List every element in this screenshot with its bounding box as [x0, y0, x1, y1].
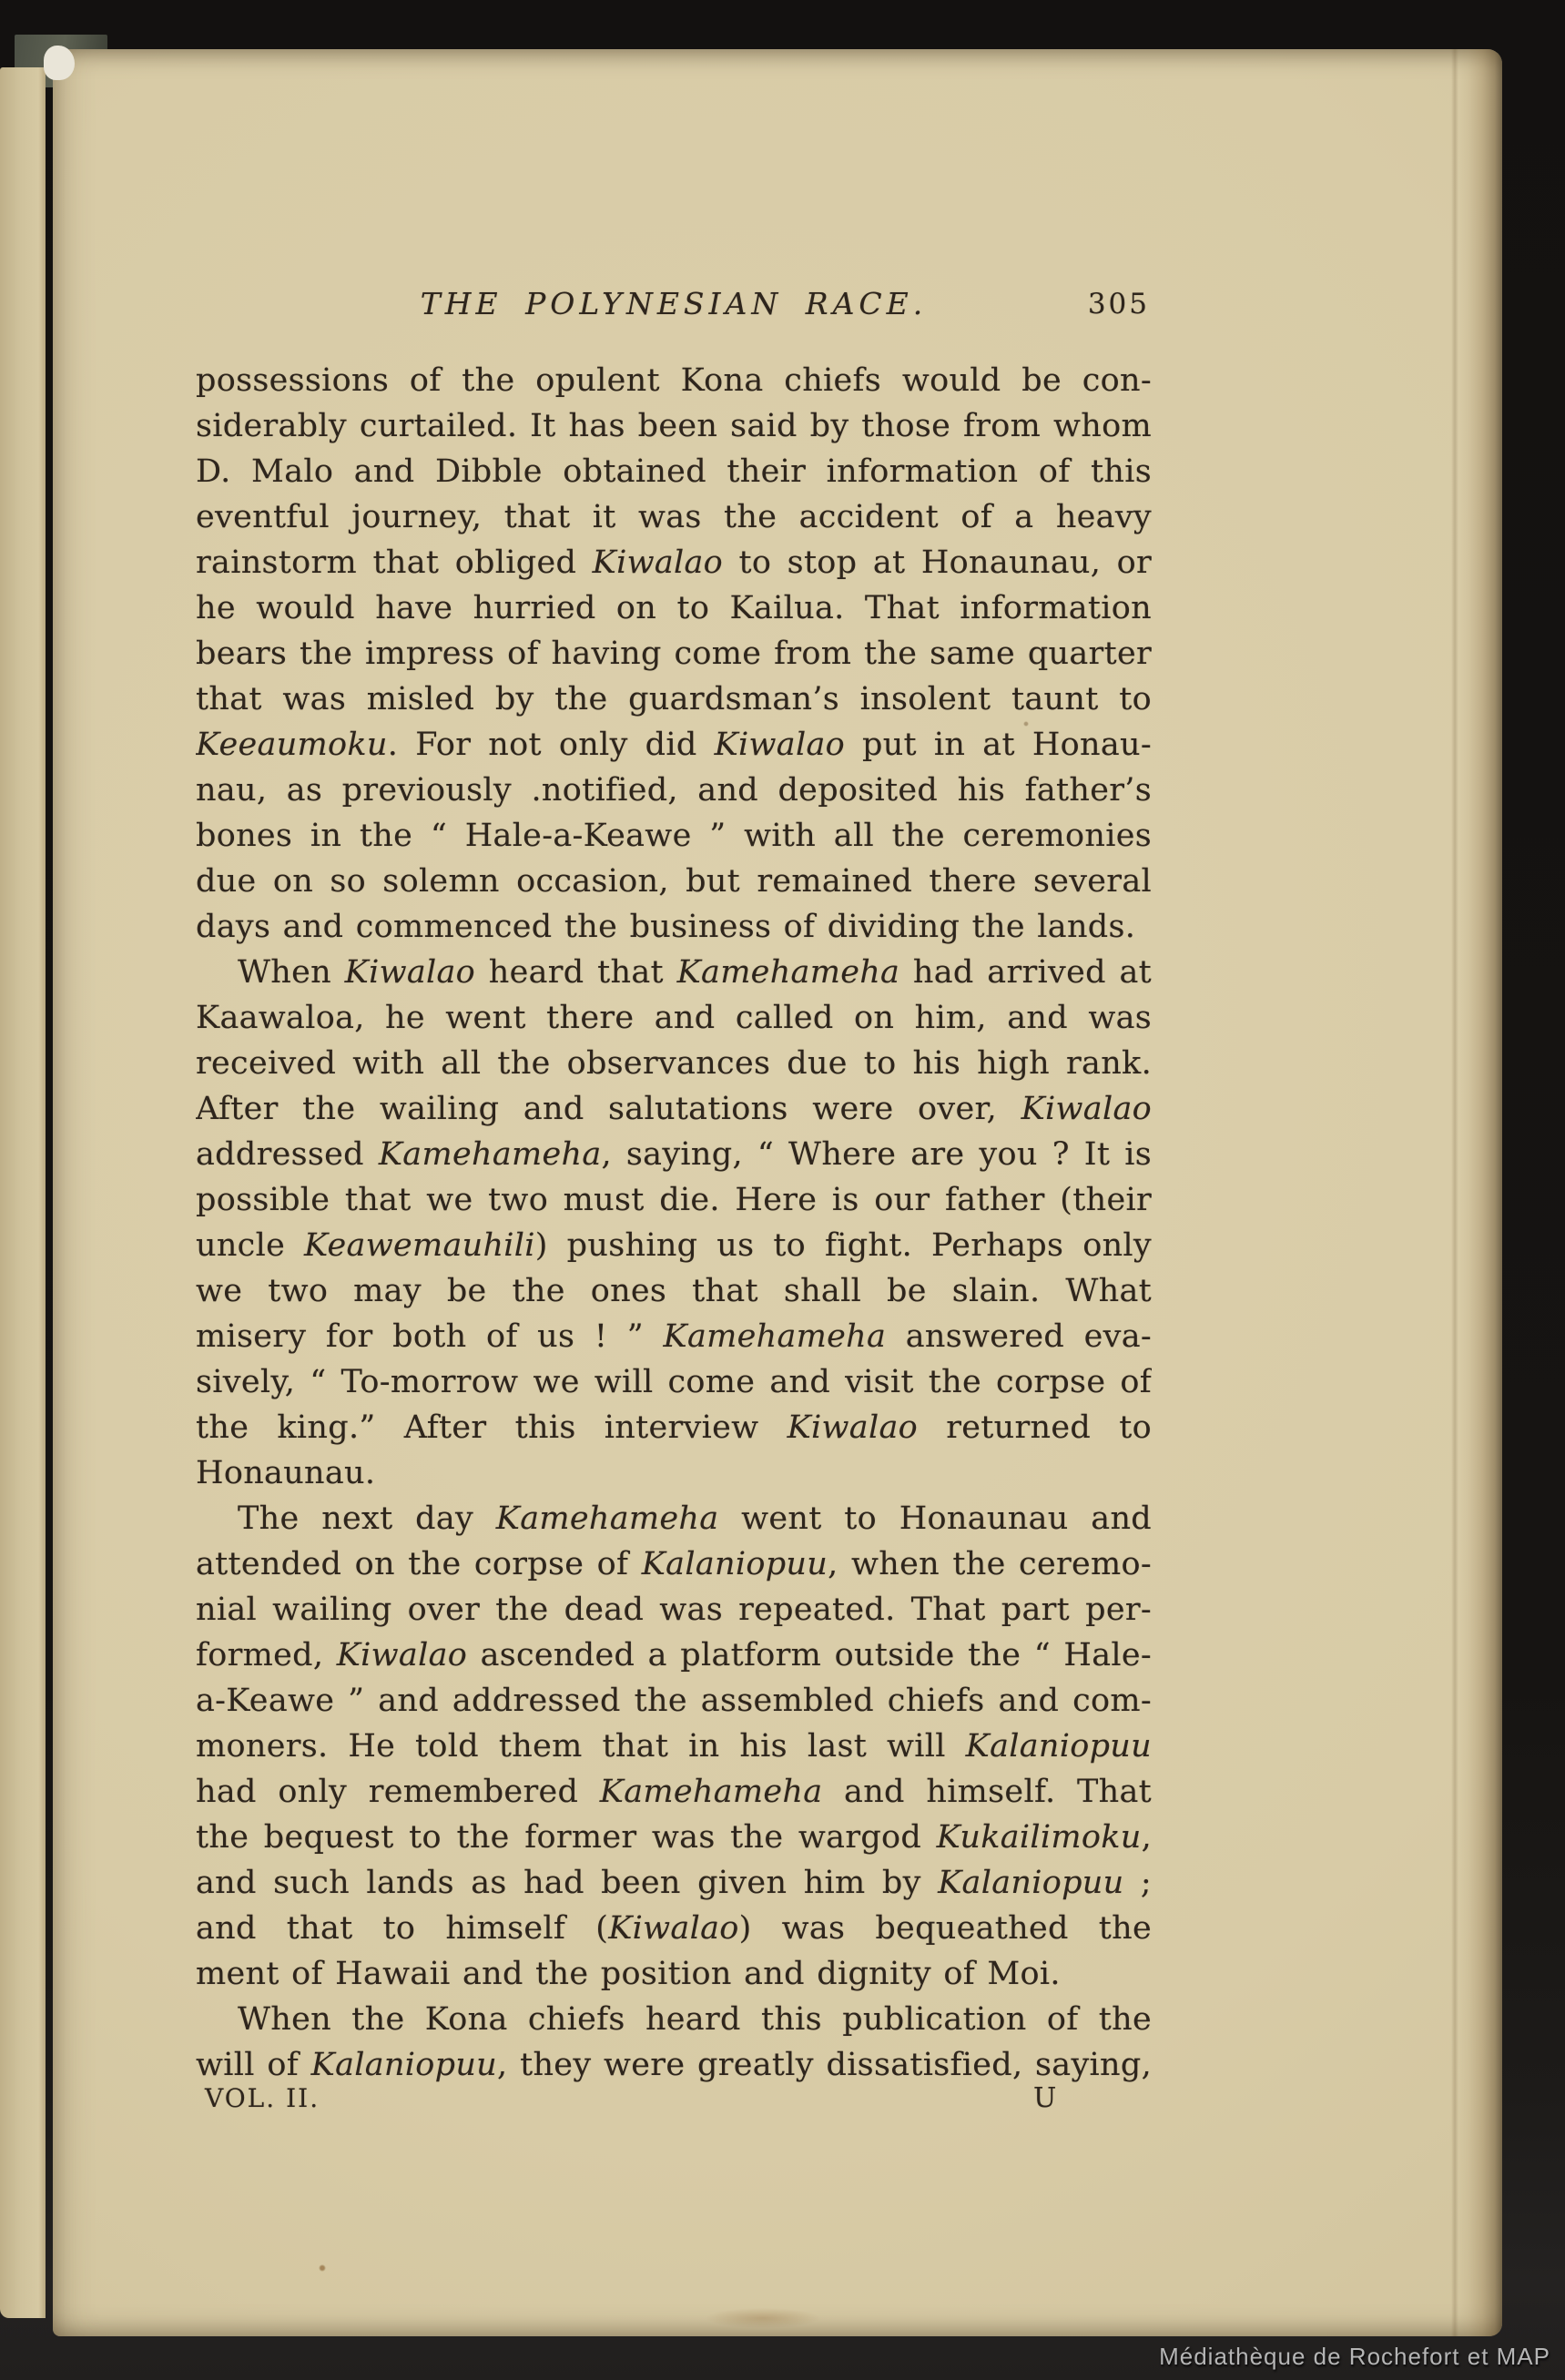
- text-segment: answered eva-: [886, 1318, 1152, 1355]
- text-segment: addressed: [196, 1136, 379, 1173]
- text-segment: , saying, “ Where are you ? It is: [602, 1136, 1153, 1173]
- italic-proper-name: Kiwalao: [345, 954, 475, 991]
- text-line: he would have hurried on to Kailua. That…: [196, 585, 1152, 631]
- text-segment: After the wailing and salutations were o…: [196, 1091, 1021, 1127]
- text-segment: The next day: [238, 1500, 496, 1537]
- text-line: that was misled by the guardsman’s insol…: [196, 676, 1152, 722]
- text-segment: a-Keawe ” and addressed the assembled ch…: [196, 1683, 1152, 1719]
- italic-proper-name: Kiwalao: [715, 727, 845, 763]
- text-segment: ascended a platform outside the “ Hale-: [467, 1637, 1152, 1673]
- text-line: After the wailing and salutations were o…: [196, 1086, 1152, 1132]
- italic-proper-name: Kamehameha: [677, 954, 900, 991]
- text-line: and that to himself (Kiwalao) was bequea…: [196, 1906, 1152, 1951]
- text-segment: returned to: [918, 1409, 1152, 1446]
- text-segment: bones in the “ Hale-a-Keawe ” with all t…: [196, 818, 1152, 854]
- text-line: the king.” After this interview Kiwalao …: [196, 1405, 1152, 1450]
- text-line: rainstorm that obliged Kiwalao to stop a…: [196, 540, 1152, 585]
- text-line: we two may be the ones that shall be sla…: [196, 1268, 1152, 1314]
- text-line: When the Kona chiefs heard this publicat…: [196, 1997, 1152, 2042]
- text-line: bears the impress of having come from th…: [196, 631, 1152, 676]
- italic-proper-name: Keawemauhili: [304, 1227, 535, 1264]
- text-line: Kaawaloa, he went there and called on hi…: [196, 995, 1152, 1041]
- text-line: sively, “ To-morrow we will come and vis…: [196, 1359, 1152, 1405]
- book-scan: THE POLYNESIAN RACE. 305 possessions of …: [0, 0, 1565, 2380]
- text-line: D. Malo and Dibble obtained their inform…: [196, 449, 1152, 494]
- italic-proper-name: Kamehameha: [379, 1136, 602, 1173]
- text-segment: uncle: [196, 1227, 304, 1264]
- text-segment: eventful journey, that it was the accide…: [196, 499, 1152, 535]
- text-line: The next day Kamehameha went to Honaunau…: [196, 1496, 1152, 1541]
- text-segment: the king.” After this interview: [196, 1409, 788, 1446]
- text-segment: When the Kona chiefs heard this publicat…: [196, 2001, 1152, 2042]
- text-segment: days and commenced the business of divid…: [196, 909, 1135, 945]
- text-line: Keeaumoku. For not only did Kiwalao put …: [196, 722, 1152, 768]
- text-segment: nial wailing over the dead was repeated.…: [196, 1592, 1152, 1628]
- text-segment: , when the ceremo-: [828, 1546, 1152, 1582]
- text-segment: attended on the corpse of: [196, 1546, 642, 1582]
- italic-proper-name: Kiwalao: [337, 1637, 467, 1673]
- text-segment: he would have hurried on to Kailua. That…: [196, 590, 1152, 626]
- text-segment: bears the impress of having come from th…: [196, 636, 1152, 672]
- text-line: the bequest to the former was the wargod…: [196, 1815, 1152, 1860]
- text-segment: put in at Honau-: [845, 727, 1152, 763]
- text-segment: D. Malo and Dibble obtained their inform…: [196, 453, 1152, 490]
- page-title: THE POLYNESIAN RACE.: [421, 286, 928, 321]
- text-line: eventful journey, that it was the accide…: [196, 494, 1152, 540]
- text-block: possessions of the opulent Kona chiefs w…: [196, 358, 1152, 2088]
- page-footer: VOL. II. U: [196, 2076, 1152, 2121]
- text-segment: When: [238, 954, 345, 991]
- text-line: a-Keawe ” and addressed the assembled ch…: [196, 1678, 1152, 1724]
- text-segment: that was misled by the guardsman’s insol…: [196, 681, 1152, 717]
- italic-proper-name: Kukailimoku: [937, 1819, 1142, 1856]
- text-line: possessions of the opulent Kona chiefs w…: [196, 358, 1152, 403]
- text-segment: and that to himself (: [196, 1910, 608, 1947]
- text-segment: possible that we two must die. Here is o…: [196, 1182, 1152, 1218]
- text-segment: ;: [1123, 1865, 1152, 1901]
- text-segment: ) pushing us to fight. Perhaps only: [535, 1227, 1152, 1264]
- text-segment: rainstorm that obliged: [196, 544, 593, 581]
- running-header: THE POLYNESIAN RACE. 305: [196, 283, 1152, 325]
- text-line: and such lands as had been given him by …: [196, 1860, 1152, 1906]
- text-segment: Honaunau.: [196, 1455, 375, 1491]
- text-line: received with all the observances due to…: [196, 1041, 1152, 1086]
- text-segment: misery for both of us ! ”: [196, 1318, 664, 1355]
- library-watermark: Médiathèque de Rochefort et MAP: [1159, 2343, 1550, 2371]
- italic-proper-name: Kamehameha: [600, 1774, 823, 1810]
- text-line: misery for both of us ! ” Kamehameha ans…: [196, 1314, 1152, 1359]
- text-segment: ment of Hawaii and the position and dign…: [196, 1956, 1061, 1992]
- text-segment: we two may be the ones that shall be sla…: [196, 1273, 1152, 1309]
- text-line: due on so solemn occasion, but remained …: [196, 859, 1152, 904]
- text-segment: siderably curtailed. It has been said by…: [196, 408, 1152, 444]
- text-line: Honaunau.: [196, 1450, 1152, 1496]
- text-segment: Kaawaloa, he went there and called on hi…: [196, 1000, 1152, 1036]
- text-line: siderably curtailed. It has been said by…: [196, 403, 1152, 449]
- text-segment: due on so solemn occasion, but remained …: [196, 863, 1152, 900]
- text-segment: possessions of the opulent Kona chiefs w…: [196, 362, 1152, 399]
- text-segment: heard that: [475, 954, 677, 991]
- text-line: formed, Kiwalao ascended a platform outs…: [196, 1632, 1152, 1678]
- text-line: uncle Keawemauhili) pushing us to fight.…: [196, 1223, 1152, 1268]
- text-line: attended on the corpse of Kalaniopuu, wh…: [196, 1541, 1152, 1587]
- book-page: THE POLYNESIAN RACE. 305 possessions of …: [53, 49, 1502, 2336]
- text-segment: nau, as previously .notified, and deposi…: [196, 772, 1152, 809]
- text-line: When Kiwalao heard that Kamehameha had a…: [196, 950, 1152, 995]
- italic-proper-name: Kiwalao: [788, 1409, 918, 1446]
- text-line: nial wailing over the dead was repeated.…: [196, 1587, 1152, 1632]
- text-segment: sively, “ To-morrow we will come and vis…: [196, 1364, 1152, 1400]
- text-segment: and himself. That: [822, 1774, 1152, 1810]
- text-segment: had only remembered: [196, 1774, 600, 1810]
- torn-paper-chip: [44, 46, 75, 80]
- text-segment: to stop at Honaunau, or: [723, 544, 1152, 581]
- text-line: moners. He told them that in his last wi…: [196, 1724, 1152, 1769]
- text-segment: the bequest to the former was the wargod: [196, 1819, 937, 1856]
- text-segment: . For not only did: [388, 727, 715, 763]
- italic-proper-name: Keeaumoku: [196, 727, 388, 763]
- volume-label: VOL. II.: [205, 2076, 320, 2121]
- text-segment: formed,: [196, 1637, 337, 1673]
- text-segment: received with all the observances due to…: [196, 1045, 1152, 1082]
- text-line: had only remembered Kamehameha and himse…: [196, 1769, 1152, 1815]
- italic-proper-name: Kiwalao: [608, 1910, 738, 1947]
- text-segment: ,: [1142, 1819, 1152, 1856]
- text-line: addressed Kamehameha, saying, “ Where ar…: [196, 1132, 1152, 1177]
- text-line: ment of Hawaii and the position and dign…: [196, 1951, 1152, 1997]
- text-segment: went to Honaunau and: [718, 1500, 1152, 1537]
- prev-page-edge: [0, 67, 46, 2318]
- italic-proper-name: Kiwalao: [1021, 1091, 1152, 1127]
- italic-proper-name: Kalaniopuu: [938, 1865, 1123, 1901]
- page-number: 305: [1088, 283, 1150, 325]
- text-segment: moners. He told them that in his last wi…: [196, 1728, 966, 1765]
- italic-proper-name: Kamehameha: [496, 1500, 719, 1537]
- italic-proper-name: Kiwalao: [593, 544, 723, 581]
- text-line: bones in the “ Hale-a-Keawe ” with all t…: [196, 813, 1152, 859]
- text-segment: had arrived at: [899, 954, 1152, 991]
- text-line: days and commenced the business of divid…: [196, 904, 1152, 950]
- text-line: possible that we two must die. Here is o…: [196, 1177, 1152, 1223]
- text-line: nau, as previously .notified, and deposi…: [196, 768, 1152, 813]
- italic-proper-name: Kamehameha: [664, 1318, 887, 1355]
- text-segment: and such lands as had been given him by: [196, 1865, 938, 1901]
- signature-mark: U: [1033, 2076, 1056, 2121]
- italic-proper-name: Kalaniopuu: [966, 1728, 1152, 1765]
- italic-proper-name: Kalaniopuu: [642, 1546, 828, 1582]
